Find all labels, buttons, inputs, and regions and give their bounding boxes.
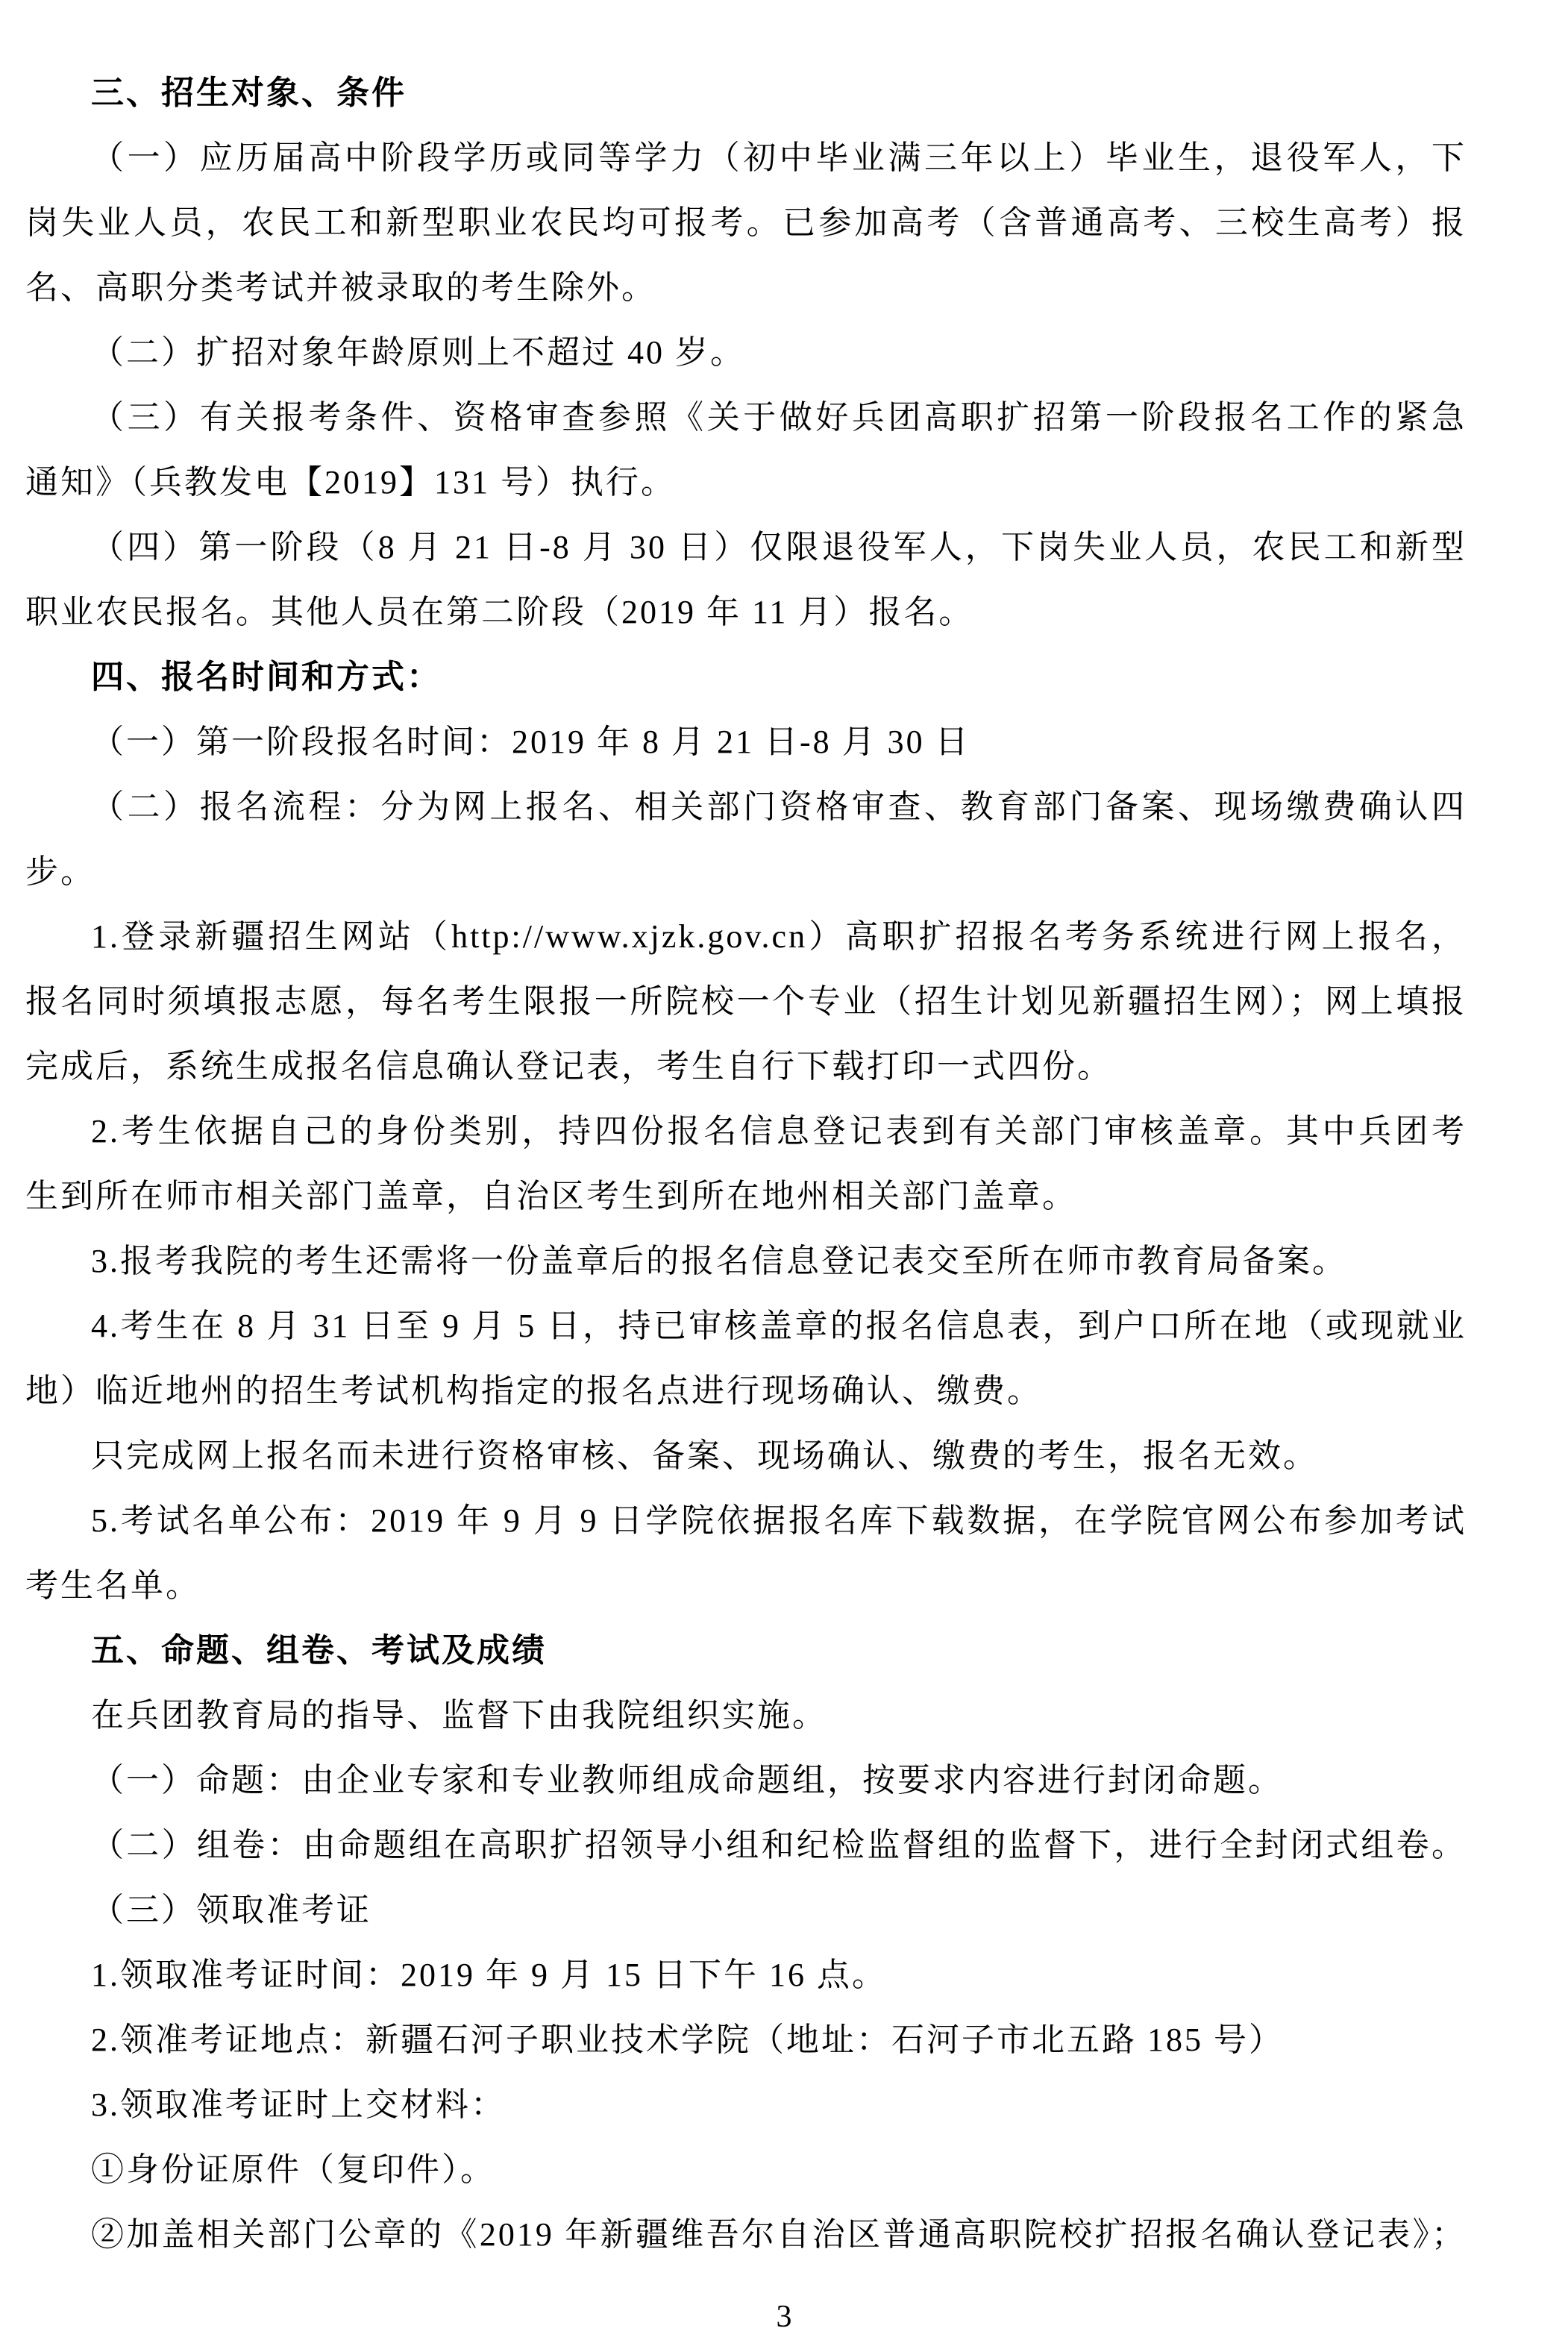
text-line: 1.登录新疆招生网站（http://www.xjzk.gov.cn）高职扩招报名… bbox=[25, 904, 1467, 969]
document-body: 三、招生对象、条件 （一）应历届高中阶段学历或同等学力（初中毕业满三年以上）毕业… bbox=[25, 60, 1467, 2267]
text-line: 2.考生依据自己的身份类别，持四份报名信息登记表到有关部门审核盖章。其中兵团考 bbox=[25, 1099, 1467, 1164]
text-line: ①身份证原件（复印件）。 bbox=[25, 2137, 1467, 2202]
text-line: （一）命题：由企业专家和专业教师组成命题组，按要求内容进行封闭命题。 bbox=[25, 1748, 1467, 1813]
text-line: 考生名单。 bbox=[25, 1553, 1467, 1618]
text-line: 步。 bbox=[25, 839, 1467, 904]
text-line: 只完成网上报名而未进行资格审核、备案、现场确认、缴费的考生，报名无效。 bbox=[25, 1423, 1467, 1488]
page-number: 3 bbox=[0, 2296, 1568, 2339]
section-heading-4: 四、报名时间和方式： bbox=[25, 644, 1467, 709]
text-line: （二）报名流程：分为网上报名、相关部门资格审查、教育部门备案、现场缴费确认四 bbox=[25, 774, 1467, 839]
section-heading-3: 三、招生对象、条件 bbox=[25, 60, 1467, 125]
text-line: （四）第一阶段（8 月 21 日-8 月 30 日）仅限退役军人，下岗失业人员，… bbox=[25, 515, 1467, 580]
text-line: 2.领准考证地点：新疆石河子职业技术学院（地址：石河子市北五路 185 号） bbox=[25, 2007, 1467, 2072]
text-line: （三）有关报考条件、资格审查参照《关于做好兵团高职扩招第一阶段报名工作的紧急 bbox=[25, 385, 1467, 450]
section-heading-5: 五、命题、组卷、考试及成绩 bbox=[25, 1618, 1467, 1683]
text-line: （三）领取准考证 bbox=[25, 1878, 1467, 1942]
text-line: 4.考生在 8 月 31 日至 9 月 5 日，持已审核盖章的报名信息表，到户口… bbox=[25, 1293, 1467, 1358]
text-line: 1.领取准考证时间：2019 年 9 月 15 日下午 16 点。 bbox=[25, 1942, 1467, 2007]
text-line: 3.领取准考证时上交材料： bbox=[25, 2072, 1467, 2137]
text-line: 名、高职分类考试并被录取的考生除外。 bbox=[25, 255, 1467, 320]
text-line: （二）组卷：由命题组在高职扩招领导小组和纪检监督组的监督下，进行全封闭式组卷。 bbox=[25, 1813, 1467, 1878]
text-line: ②加盖相关部门公章的《2019 年新疆维吾尔自治区普通高职院校扩招报名确认登记表… bbox=[25, 2202, 1467, 2267]
text-line: （二）扩招对象年龄原则上不超过 40 岁。 bbox=[25, 320, 1467, 385]
text-line: 地）临近地州的招生考试机构指定的报名点进行现场确认、缴费。 bbox=[25, 1358, 1467, 1423]
text-line: 通知》（兵教发电【2019】131 号）执行。 bbox=[25, 450, 1467, 515]
text-line: 5.考试名单公布：2019 年 9 月 9 日学院依据报名库下载数据，在学院官网… bbox=[25, 1488, 1467, 1553]
text-line: 3.报考我院的考生还需将一份盖章后的报名信息登记表交至所在师市教育局备案。 bbox=[25, 1229, 1467, 1293]
text-line: 岗失业人员，农民工和新型职业农民均可报考。已参加高考（含普通高考、三校生高考）报 bbox=[25, 190, 1467, 255]
text-line: 在兵团教育局的指导、监督下由我院组织实施。 bbox=[25, 1683, 1467, 1748]
document-page: 三、招生对象、条件 （一）应历届高中阶段学历或同等学力（初中毕业满三年以上）毕业… bbox=[0, 0, 1568, 2346]
text-line: 职业农民报名。其他人员在第二阶段（2019 年 11 月）报名。 bbox=[25, 580, 1467, 644]
text-line: （一）第一阶段报名时间：2019 年 8 月 21 日-8 月 30 日 bbox=[25, 709, 1467, 774]
text-line: （一）应历届高中阶段学历或同等学力（初中毕业满三年以上）毕业生，退役军人，下 bbox=[25, 125, 1467, 190]
text-line: 报名同时须填报志愿，每名考生限报一所院校一个专业（招生计划见新疆招生网）；网上填… bbox=[25, 969, 1467, 1034]
text-line: 生到所在师市相关部门盖章，自治区考生到所在地州相关部门盖章。 bbox=[25, 1164, 1467, 1229]
text-line: 完成后，系统生成报名信息确认登记表，考生自行下载打印一式四份。 bbox=[25, 1034, 1467, 1099]
